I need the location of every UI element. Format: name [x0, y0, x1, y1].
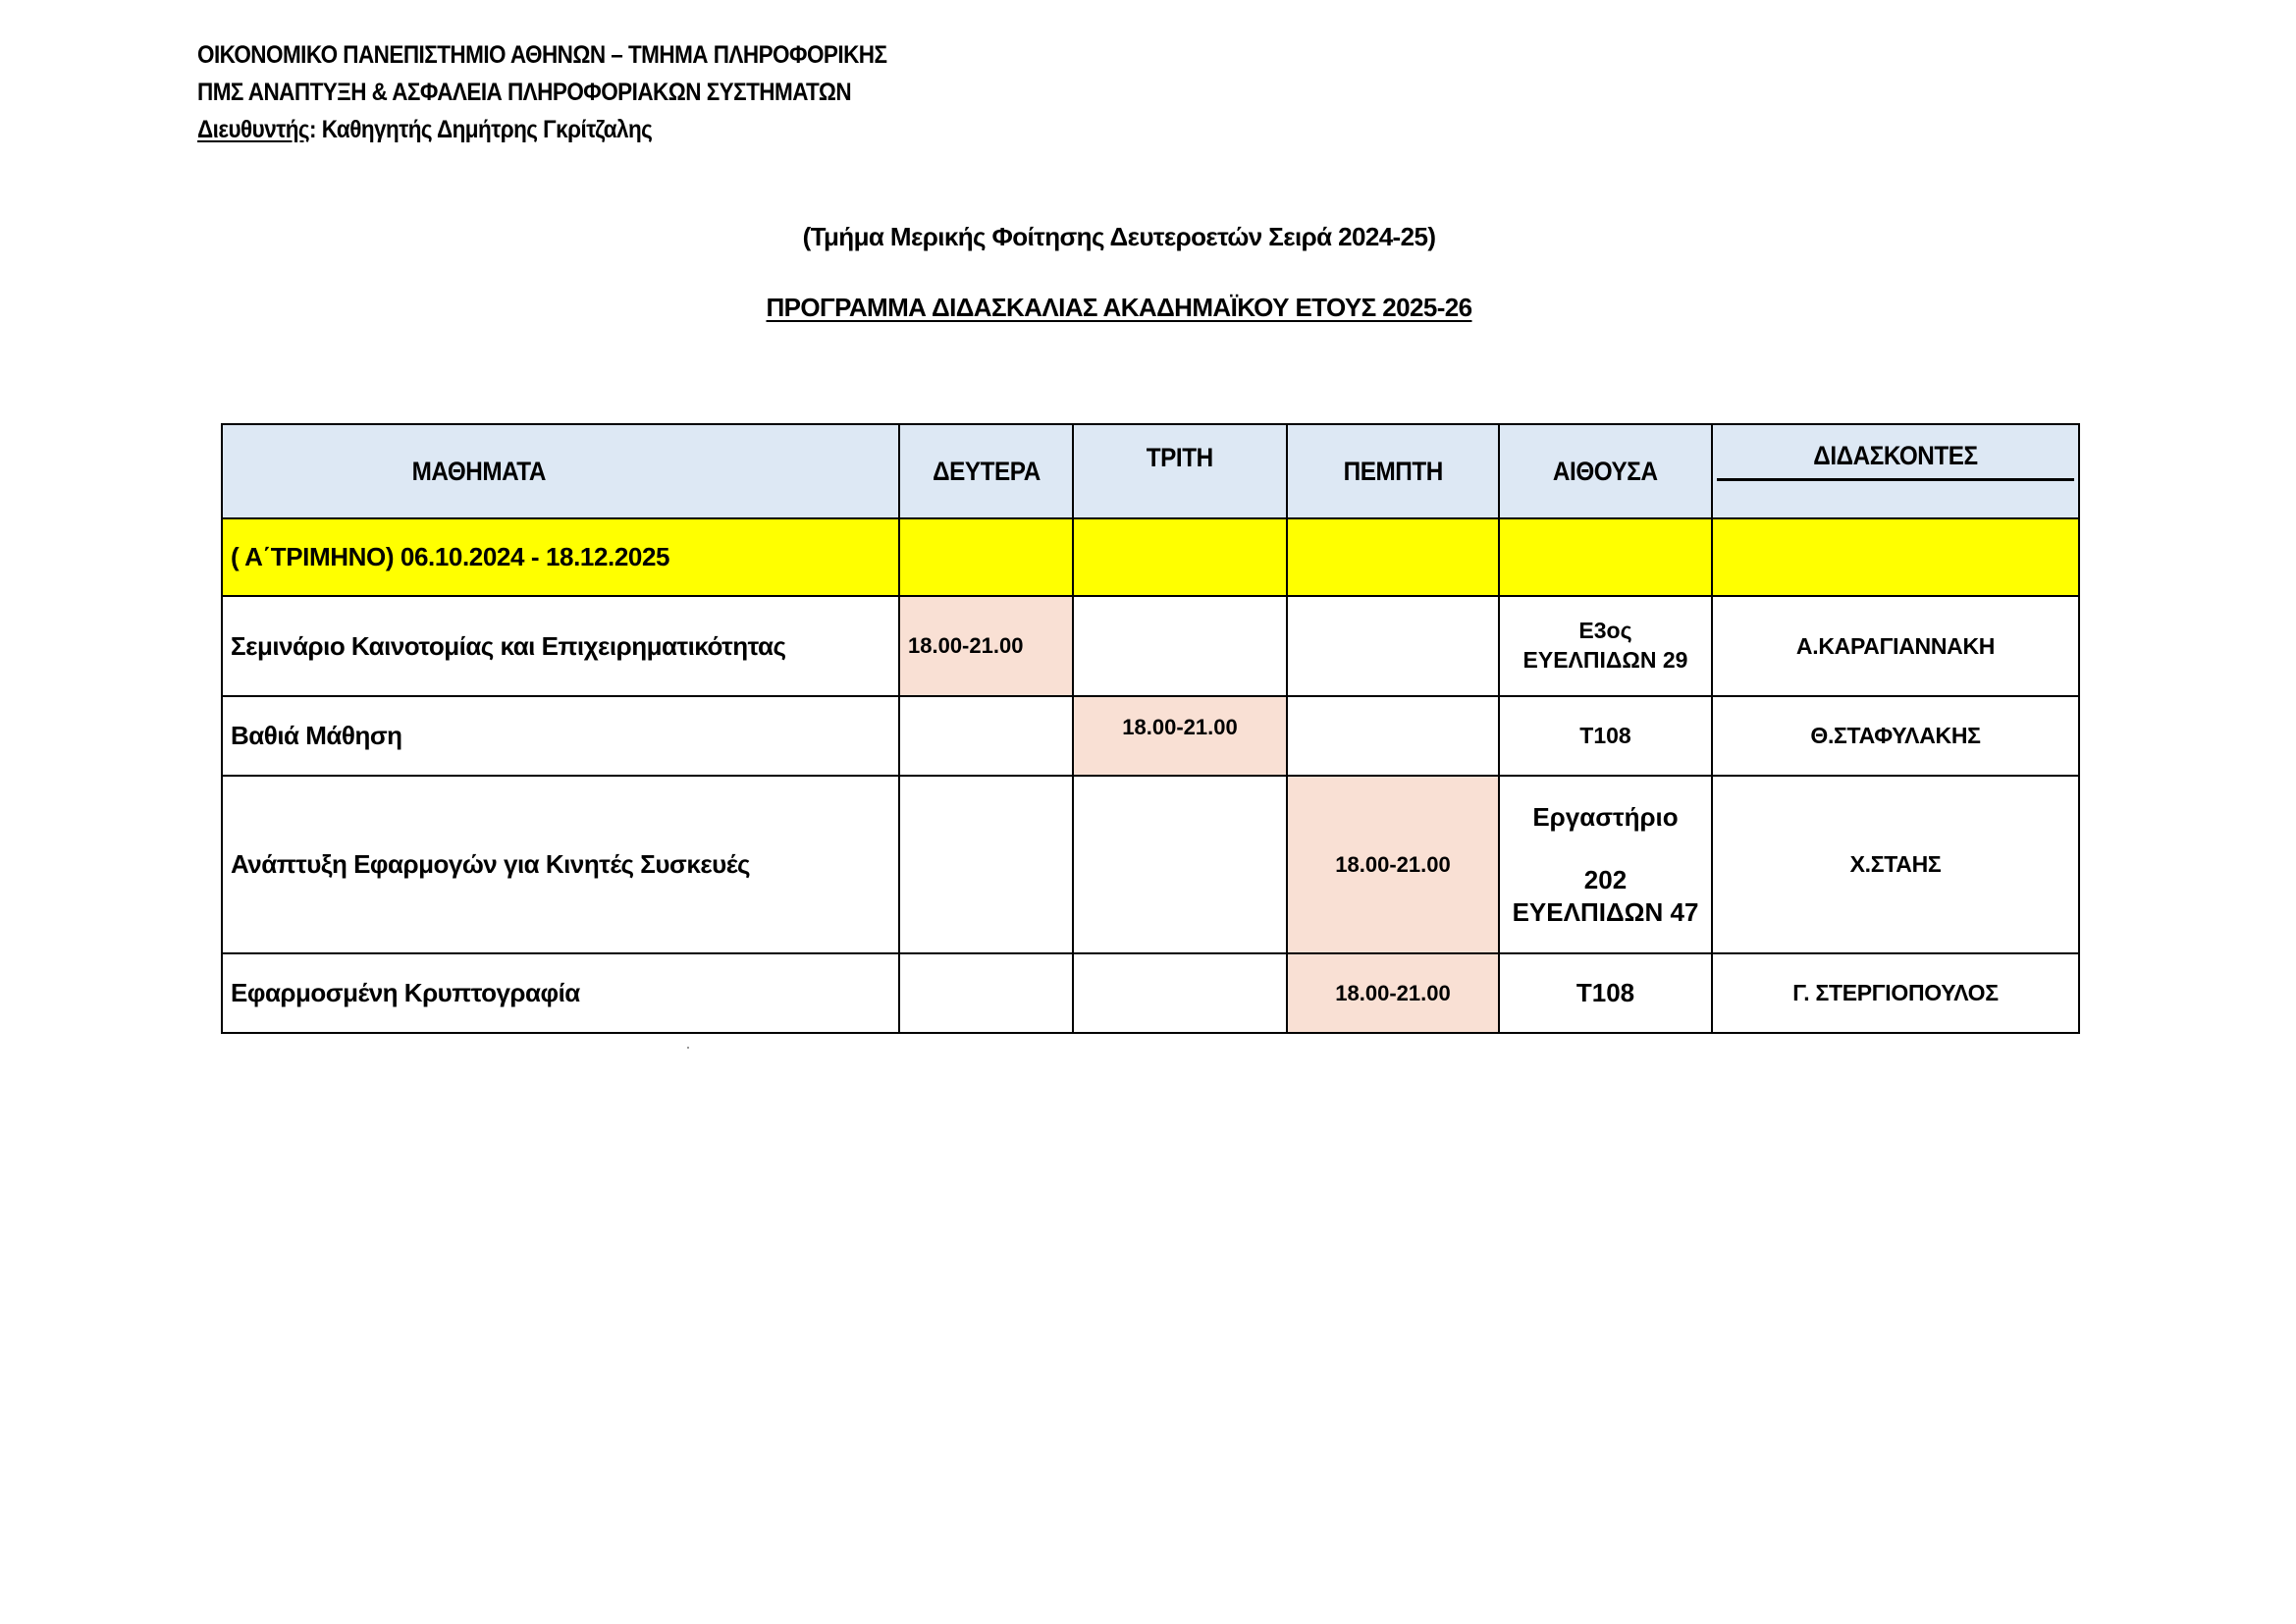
- thursday-slot: [1287, 596, 1499, 696]
- column-header-room: ΑΙΘΟΥΣΑ: [1499, 424, 1712, 518]
- table-header-row: ΜΑΘΗΜΑΤΑ ΔΕΥΤΕΡΑ ΤΡΙΤΗ ΠΕΜΠΤΗ ΑΙΘΟΥΣΑ ΔΙ…: [222, 424, 2079, 518]
- director-label: Διευθυντής: [197, 116, 309, 143]
- instructor: Χ.ΣΤΑΗΣ: [1712, 776, 2079, 953]
- instructor: Γ. ΣΤΕΡΓΙΟΠΟΥΛΟΣ: [1712, 953, 2079, 1033]
- monday-slot: [899, 953, 1073, 1033]
- monday-slot: [899, 776, 1073, 953]
- thursday-slot: [1287, 696, 1499, 776]
- term-label: ( Α΄ΤΡΙΜΗΝΟ) 06.10.2024 - 18.12.2025: [222, 518, 899, 596]
- course-name: Σεμινάριο Καινοτομίας και Επιχειρηματικό…: [222, 596, 899, 696]
- monday-slot: 18.00-21.00: [899, 596, 1073, 696]
- room-line: Τ108: [1500, 722, 1711, 751]
- room-line: Τ108: [1500, 977, 1711, 1010]
- thursday-slot: 18.00-21.00: [1287, 776, 1499, 953]
- room-line: Ε3ος: [1500, 617, 1711, 646]
- stray-mark: [687, 1047, 689, 1049]
- thursday-slot: 18.00-21.00: [1287, 953, 1499, 1033]
- tuesday-slot: 18.00-21.00: [1073, 696, 1287, 776]
- tuesday-slot: [1073, 953, 1287, 1033]
- tuesday-slot: [1073, 776, 1287, 953]
- instructor: Θ.ΣΤΑΦΥΛΑΚΗΣ: [1712, 696, 2079, 776]
- monday-slot: [899, 696, 1073, 776]
- room-line: Εργαστήριο: [1500, 801, 1711, 834]
- schedule-title: ΠΡΟΓΡΑΜΜΑ ΔΙΔΑΣΚΑΛΙΑΣ ΑΚΑΔΗΜΑΪΚΟΥ ΕΤΟΥΣ …: [0, 293, 2238, 323]
- term-cell: [1499, 518, 1712, 596]
- table-row: Βαθιά Μάθηση 18.00-21.00 Τ108 Θ.ΣΤΑΦΥΛΑΚ…: [222, 696, 2079, 776]
- column-header-tuesday: ΤΡΙΤΗ: [1073, 424, 1287, 518]
- term-row: ( Α΄ΤΡΙΜΗΝΟ) 06.10.2024 - 18.12.2025: [222, 518, 2079, 596]
- course-name: Βαθιά Μάθηση: [222, 696, 899, 776]
- instructor: Α.ΚΑΡΑΓΙΑΝΝΑΚΗ: [1712, 596, 2079, 696]
- term-cell: [1712, 518, 2079, 596]
- room: Τ108: [1499, 696, 1712, 776]
- schedule-title-text: ΠΡΟΓΡΑΜΜΑ ΔΙΔΑΣΚΑΛΙΑΣ ΑΚΑΔΗΜΑΪΚΟΥ ΕΤΟΥΣ …: [767, 293, 1472, 322]
- course-name: Εφαρμοσμένη Κρυπτογραφία: [222, 953, 899, 1033]
- term-cell: [1287, 518, 1499, 596]
- room-line: 202: [1500, 864, 1711, 896]
- term-cell: [1073, 518, 1287, 596]
- schedule-table: ΜΑΘΗΜΑΤΑ ΔΕΥΤΕΡΑ ΤΡΙΤΗ ΠΕΜΠΤΗ ΑΙΘΟΥΣΑ ΔΙ…: [221, 423, 2080, 1034]
- table-row: Σεμινάριο Καινοτομίας και Επιχειρηματικό…: [222, 596, 2079, 696]
- column-header-instructors: ΔΙΔΑΣΚΟΝΤΕΣ: [1712, 424, 2079, 518]
- course-name: Ανάπτυξη Εφαρμογών για Κινητές Συσκευές: [222, 776, 899, 953]
- instructors-underline: [1717, 478, 2074, 481]
- column-header-courses: ΜΑΘΗΜΑΤΑ: [222, 424, 899, 518]
- column-header-thursday: ΠΕΜΠΤΗ: [1287, 424, 1499, 518]
- room: Τ108: [1499, 953, 1712, 1033]
- cohort-subtitle: (Τμήμα Μερικής Φοίτησης Δευτεροετών Σειρ…: [0, 222, 2238, 252]
- university-department-heading: ΟΙΚΟΝΟΜΙΚΟ ΠΑΝΕΠΙΣΤΗΜΙΟ ΑΘΗΝΩΝ – ΤΜΗΜΑ Π…: [197, 41, 886, 70]
- director-name: : Καθηγητής Δημήτρης Γκρίτζαλης: [309, 116, 652, 143]
- room-line: ΕΥΕΛΠΙΔΩΝ 47: [1500, 896, 1711, 929]
- program-heading: ΠΜΣ ΑΝΑΠΤΥΞΗ & ΑΣΦΑΛΕΙΑ ΠΛΗΡΟΦΟΡΙΑΚΩΝ ΣΥ…: [197, 79, 851, 107]
- room: Εργαστήριο 202 ΕΥΕΛΠΙΔΩΝ 47: [1499, 776, 1712, 953]
- room: Ε3ος ΕΥΕΛΠΙΔΩΝ 29: [1499, 596, 1712, 696]
- tuesday-slot: [1073, 596, 1287, 696]
- term-cell: [899, 518, 1073, 596]
- room-line: ΕΥΕΛΠΙΔΩΝ 29: [1500, 646, 1711, 676]
- table-row: Εφαρμοσμένη Κρυπτογραφία 18.00-21.00 Τ10…: [222, 953, 2079, 1033]
- director-line: Διευθυντής: Καθηγητής Δημήτρης Γκρίτζαλη…: [197, 116, 652, 144]
- column-header-monday: ΔΕΥΤΕΡΑ: [899, 424, 1073, 518]
- table-row: Ανάπτυξη Εφαρμογών για Κινητές Συσκευές …: [222, 776, 2079, 953]
